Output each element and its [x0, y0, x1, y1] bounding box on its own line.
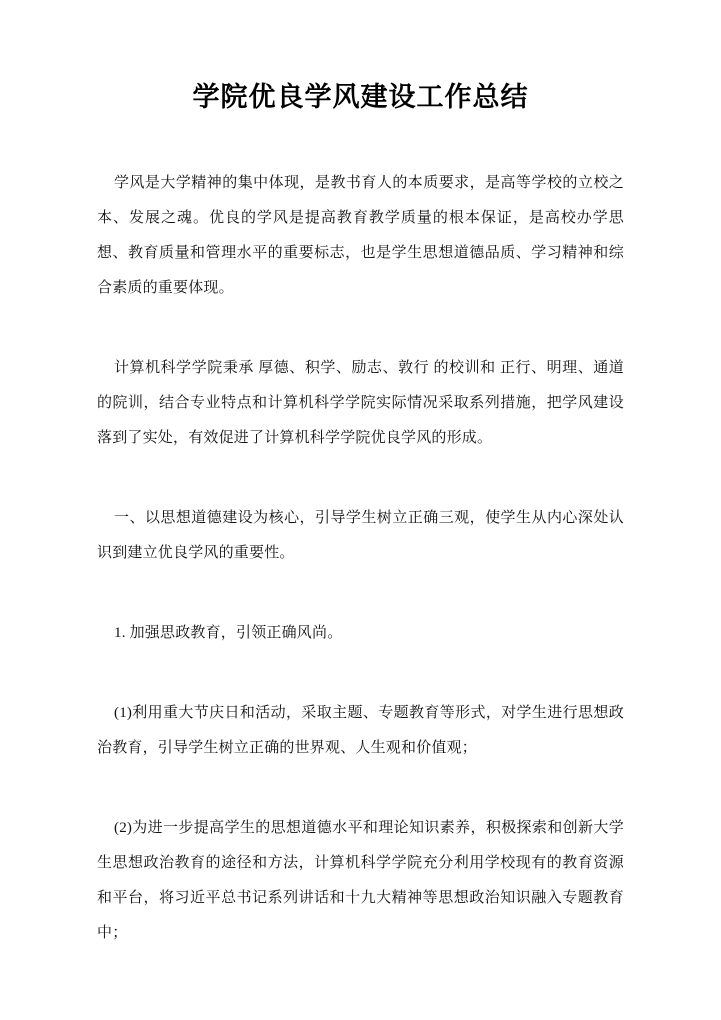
paragraph-subitem-1: (1)利用重大节庆日和活动，采取主题、专题教育等形式，对学生进行思想政治教育，引… — [97, 696, 624, 766]
paragraph-subitem-2: (2)为进一步提高学生的思想道德水平和理论知识素养，积极探索和创新大学生思想政治… — [97, 811, 624, 951]
document-page: 学院优良学风建设工作总结 学风是大学精神的集中体现，是教书育人的本质要求，是高等… — [0, 0, 721, 1020]
paragraph-item-1: 1. 加强思政教育，引领正确风尚。 — [97, 616, 624, 651]
paragraph-intro: 学风是大学精神的集中体现，是教书育人的本质要求，是高等学校的立校之本、发展之魂。… — [97, 166, 624, 306]
document-title: 学院优良学风建设工作总结 — [97, 76, 624, 118]
paragraph-section-one-heading: 一、以思想道德建设为核心，引导学生树立正确三观，使学生从内心深处认识到建立优良学… — [97, 501, 624, 571]
paragraph-college-motto: 计算机科学学院秉承 厚德、积学、励志、敦行 的校训和 正行、明理、通道 的院训，… — [97, 351, 624, 456]
